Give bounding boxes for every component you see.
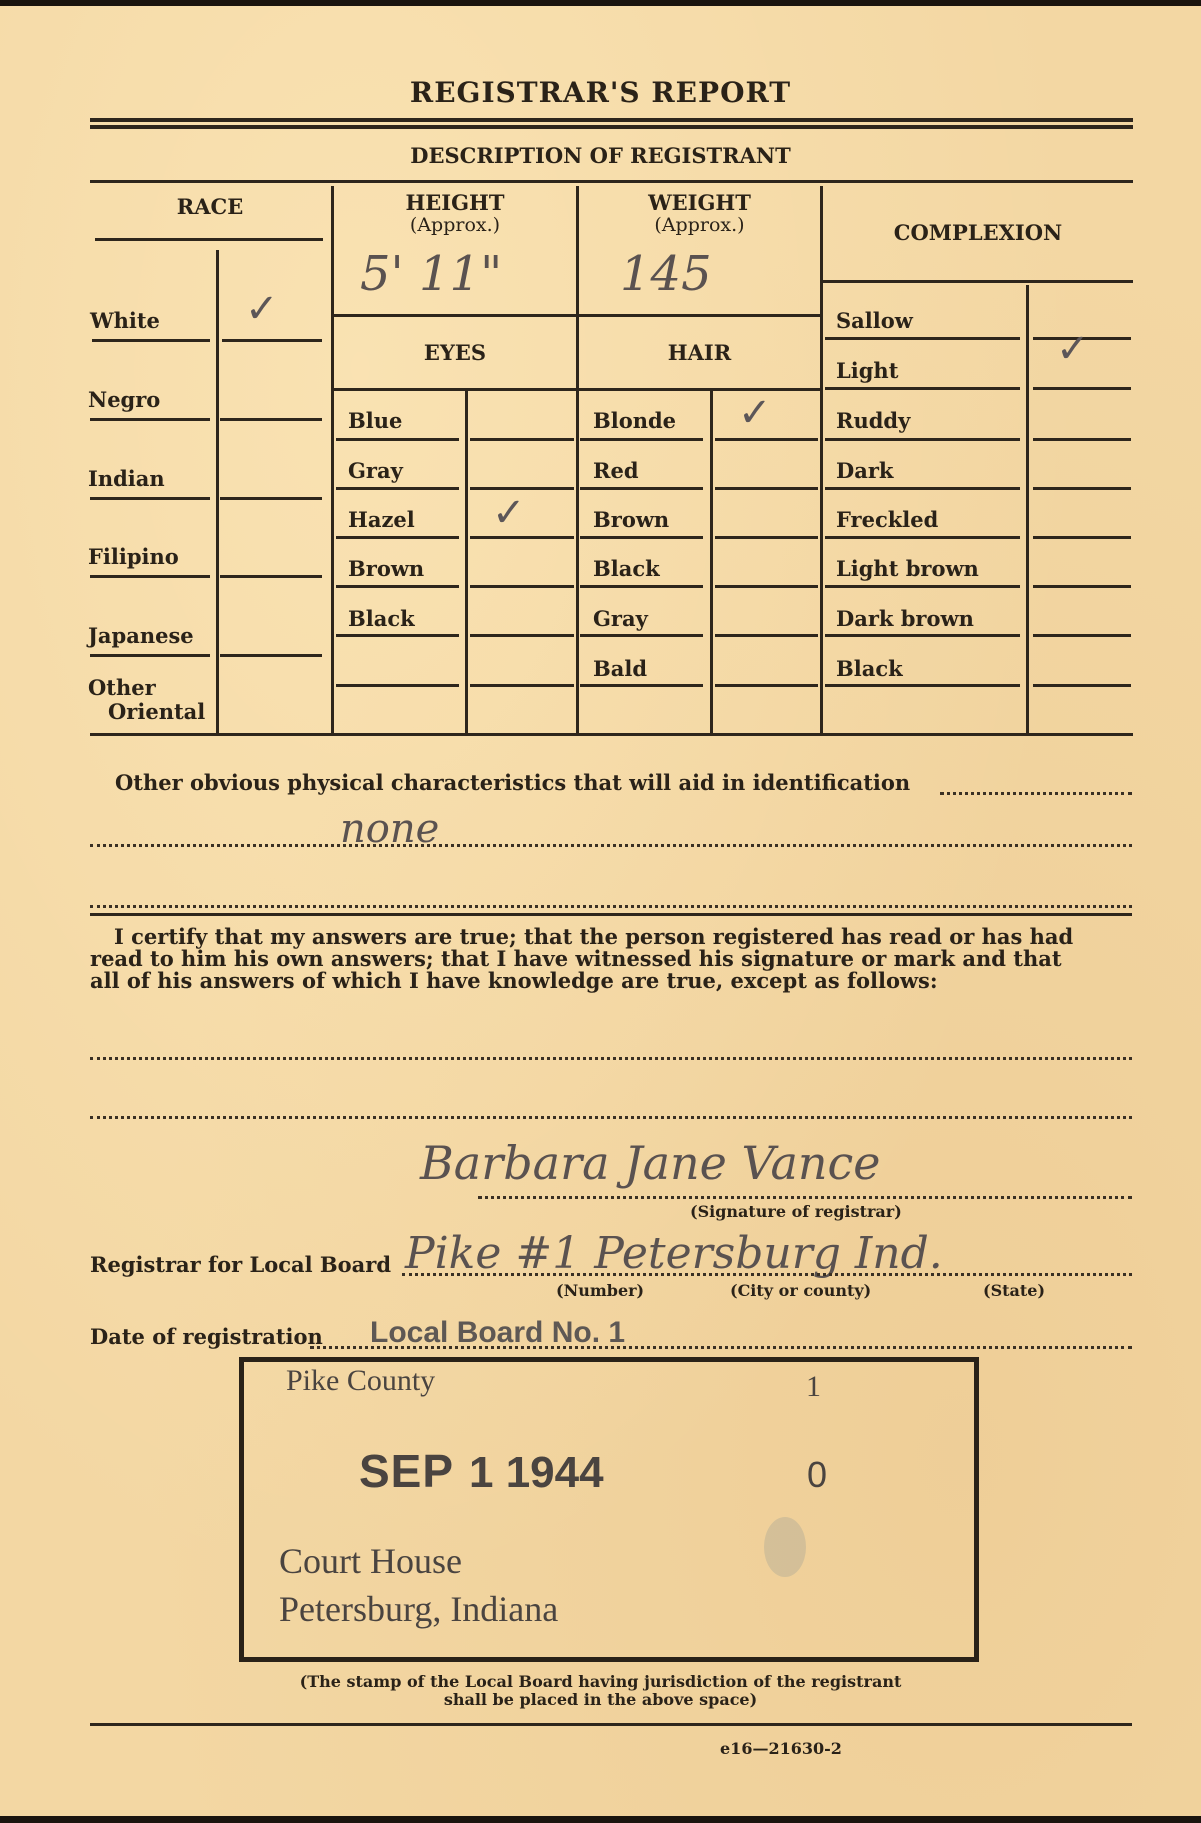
registrar-signature[interactable]: Barbara Jane Vance <box>420 1136 881 1190</box>
draft-card-back: REGISTRAR'S REPORT DESCRIPTION OF REGIST… <box>0 0 1201 1823</box>
eyes-row-rule <box>470 585 574 588</box>
table-bottom-rule <box>90 733 1133 736</box>
race-header: RACE <box>90 196 330 218</box>
bottom-rule <box>90 1723 1132 1726</box>
stamp-side: 0 <box>807 1454 827 1496</box>
weight-header: WEIGHT(Approx.) <box>579 192 820 236</box>
divider-race-height <box>331 186 334 734</box>
race-row-rule <box>220 575 322 578</box>
caption-city: (City or county) <box>730 1281 871 1300</box>
complexion-row-rule <box>1033 684 1131 687</box>
hair-row-rule <box>580 536 703 539</box>
eyes-row-rule <box>470 438 574 441</box>
complexion-label-light-brown: Light brown <box>836 556 979 581</box>
date-value[interactable]: Local Board No. 1 <box>370 1316 625 1350</box>
eyes-row-rule <box>336 684 459 687</box>
eyes-check-hazel[interactable]: ✓ <box>492 490 526 536</box>
eyes-row-rule <box>336 634 459 637</box>
eyes-label-brown: Brown <box>348 556 424 581</box>
height-rule <box>334 314 576 317</box>
complexion-row-rule <box>825 487 1020 490</box>
hair-label-black: Black <box>593 556 660 581</box>
complexion-label-dark: Dark <box>836 458 893 483</box>
report-title: REGISTRAR'S REPORT <box>0 76 1201 109</box>
eyes-label-hazel: Hazel <box>348 507 415 532</box>
stamp-county: Pike County <box>286 1364 435 1398</box>
complexion-label-sallow: Sallow <box>836 308 913 333</box>
weight-value[interactable]: 145 <box>620 246 712 302</box>
hair-row-rule <box>715 536 818 539</box>
signature-line <box>478 1196 1132 1199</box>
complexion-label-dark-brown: Dark brown <box>836 606 974 631</box>
eyes-row-rule <box>470 634 574 637</box>
complexion-row-rule <box>825 536 1020 539</box>
complexion-row-rule <box>1033 585 1131 588</box>
eyes-label-black: Black <box>348 606 415 631</box>
complexion-check-light[interactable]: ✓ <box>1056 326 1090 372</box>
hair-row-rule <box>580 684 703 687</box>
race-label-negro: Negro <box>88 387 160 412</box>
hair-label-bald: Bald <box>593 656 647 681</box>
race-header-rule <box>95 238 323 241</box>
hair-row-rule <box>715 438 818 441</box>
race-check-white[interactable]: ✓ <box>245 286 279 332</box>
stamp-corner: 1 <box>806 1370 821 1404</box>
hair-label-blonde: Blonde <box>593 408 676 433</box>
divider-height-weight <box>576 186 579 734</box>
height-value[interactable]: 5' 11" <box>360 246 502 302</box>
eyes-row-rule <box>336 536 459 539</box>
race-row-rule <box>222 339 322 342</box>
eyes-label-blue: Blue <box>348 408 402 433</box>
complexion-check-divider <box>1026 285 1029 734</box>
complexion-row-rule <box>825 634 1020 637</box>
form-number: e16—21630-2 <box>720 1739 842 1758</box>
hair-row-rule <box>580 438 703 441</box>
table-top-rule <box>90 180 1133 183</box>
board-stamp-box: Pike County 1 SEP 1 1944 0 Court House P… <box>239 1357 979 1662</box>
eyes-header-rule <box>334 388 576 391</box>
hair-row-rule <box>715 684 818 687</box>
eyes-row-rule <box>470 536 574 539</box>
complexion-row-rule <box>825 387 1020 390</box>
eyes-header: EYES <box>334 342 576 364</box>
hair-header: HAIR <box>579 342 820 364</box>
eyes-row-rule <box>336 438 459 441</box>
eyes-row-rule <box>336 487 459 490</box>
title-double-rule-top <box>90 118 1133 122</box>
race-row-rule <box>90 497 210 500</box>
stamp-line2: Petersburg, Indiana <box>279 1588 558 1630</box>
complexion-row-rule <box>1033 634 1131 637</box>
complexion-row-rule <box>825 438 1020 441</box>
hair-label-gray: Gray <box>593 606 648 631</box>
complexion-label-light: Light <box>836 358 898 383</box>
complexion-label-freckled: Freckled <box>836 507 938 532</box>
race-label-japanese: Japanese <box>88 623 194 648</box>
board-line <box>402 1273 1132 1276</box>
physical-label: Other obvious physical characteristics t… <box>115 772 910 794</box>
hair-label-brown: Brown <box>593 507 669 532</box>
race-row-rule <box>220 497 322 500</box>
board-value[interactable]: Pike #1 Petersburg Ind. <box>405 1228 943 1279</box>
race-label-filipino: Filipino <box>88 544 179 569</box>
stamp-line1: Court House <box>279 1540 462 1582</box>
stamp-caption: (The stamp of the Local Board having jur… <box>0 1673 1201 1709</box>
race-label-other-oriental: Other Oriental <box>88 676 205 724</box>
certification-text: I certify that my answers are true; that… <box>90 926 1135 992</box>
eyes-row-rule <box>336 585 459 588</box>
complexion-label-ruddy: Ruddy <box>836 408 910 433</box>
stamp-day-year: 1 1944 <box>469 1448 604 1498</box>
complexion-row-rule <box>1033 387 1131 390</box>
stamp-month: SEP <box>359 1444 454 1498</box>
date-line <box>310 1346 1132 1349</box>
complexion-label-black: Black <box>836 656 903 681</box>
exceptions-dotted-2 <box>90 1116 1132 1119</box>
race-check-divider <box>216 250 219 734</box>
complexion-row-rule <box>1033 536 1131 539</box>
title-double-rule-bottom <box>90 125 1133 129</box>
complexion-row-rule <box>1033 487 1131 490</box>
eyes-label-gray: Gray <box>348 458 403 483</box>
weight-rule <box>579 314 820 317</box>
section-rule <box>90 913 1132 916</box>
eyes-check-divider <box>465 391 468 734</box>
signature-caption: (Signature of registrar) <box>690 1202 902 1221</box>
stamp-smudge <box>764 1517 806 1577</box>
race-row-rule <box>220 418 322 421</box>
physical-dotted-2 <box>90 844 1132 847</box>
caption-state: (State) <box>983 1281 1045 1300</box>
divider-weight-complexion <box>820 186 823 734</box>
hair-row-rule <box>715 585 818 588</box>
hair-header-rule <box>579 388 820 391</box>
complexion-row-rule <box>825 585 1020 588</box>
complexion-header-rule <box>823 280 1133 283</box>
section-title: DESCRIPTION OF REGISTRANT <box>0 143 1201 168</box>
exceptions-dotted-1 <box>90 1057 1132 1060</box>
board-label: Registrar for Local Board <box>90 1254 391 1276</box>
race-row-rule <box>90 575 210 578</box>
hair-row-rule <box>715 487 818 490</box>
physical-dotted-3 <box>90 905 1132 908</box>
physical-dotted-1 <box>940 792 1132 795</box>
hair-check-divider <box>710 391 713 734</box>
complexion-row-rule <box>825 684 1020 687</box>
caption-number: (Number) <box>556 1281 644 1300</box>
race-row-rule <box>92 339 210 342</box>
race-label-indian: Indian <box>88 466 165 491</box>
date-label: Date of registration <box>90 1326 323 1348</box>
hair-check-blonde[interactable]: ✓ <box>738 390 772 436</box>
race-row-rule <box>90 654 210 657</box>
hair-row-rule <box>580 634 703 637</box>
complexion-row-rule <box>1033 438 1131 441</box>
race-row-rule <box>220 654 322 657</box>
race-row-rule <box>90 418 210 421</box>
height-header: HEIGHT(Approx.) <box>334 192 576 236</box>
hair-label-red: Red <box>593 458 639 483</box>
hair-row-rule <box>715 634 818 637</box>
eyes-row-rule <box>470 684 574 687</box>
complexion-header: COMPLEXION <box>823 222 1133 244</box>
race-label-white: White <box>90 308 160 333</box>
complexion-row-rule <box>825 337 1020 340</box>
hair-row-rule <box>580 487 703 490</box>
hair-row-rule <box>580 585 703 588</box>
